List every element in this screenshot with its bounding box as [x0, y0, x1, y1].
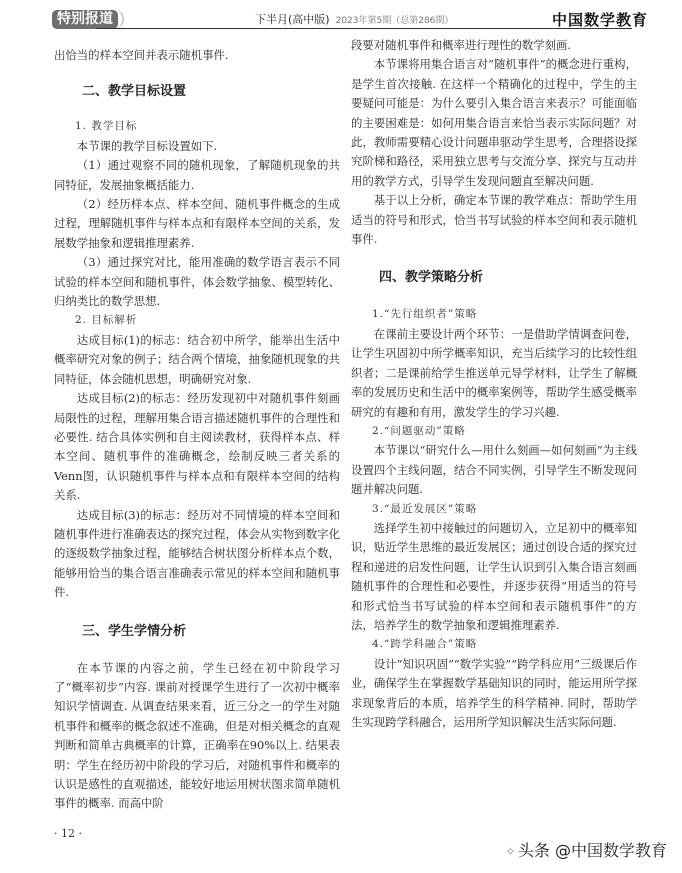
- paragraph: 达成目标(1)的标志：结合初中所学，能举出生活中概率研究对象的例子；结合两个情境…: [54, 331, 340, 389]
- paragraph: 在本节课的内容之前，学生已经在初中阶段学习了“概率初步”内容. 课前对授课学生进…: [54, 659, 340, 814]
- edition-label: 下半月(高中版): [255, 13, 330, 26]
- strategy-title: 1.“先行组织者”策略: [351, 305, 637, 324]
- intro-text: 出恰当的样本空间并表示随机事件.: [54, 46, 340, 65]
- right-column: 段要对随机事件和概率进行理性的数学刻画. 本节课将用集合语言对“随机事件”的概念…: [351, 36, 637, 732]
- left-column: 出恰当的样本空间并表示随机事件. 二、教学目标设置 1. 教学目标 本节课的教学…: [54, 46, 340, 814]
- paragraph: 基于以上分析，确定本节课的教学难点：帮助学生用适当的符号和形式，恰当书写试验的样…: [351, 191, 637, 249]
- section-title-student-analysis: 三、学生学情分析: [54, 623, 340, 641]
- journal-logo: 中国数学教育: [552, 9, 648, 30]
- special-report-badge: 特别报道: [52, 10, 118, 29]
- toutiao-icon: ✧: [505, 845, 516, 860]
- paragraph: 本节课以“研究什么—用什么刻画—如何刻画”为主线设置四个主线问题，结合不同实例，…: [351, 441, 637, 499]
- paragraph: （3）通过探究对比，能用准确的数学语言表示不同试验的样本空间和随机事件，体会数学…: [54, 253, 340, 311]
- paragraph: 在课前主要设计两个环节：一是借助学情调查问卷，让学生巩固初中所学概率知识，充当后…: [351, 325, 637, 422]
- subsection-title-analysis: 2. 目标解析: [54, 311, 340, 330]
- issue-number: 2023年第5期（总第286期）: [336, 16, 454, 26]
- badge-bracket-decoration: [114, 9, 124, 29]
- section-title-strategy: 四、教学策略分析: [351, 269, 637, 287]
- watermark-text: 头条 @中国数学教育: [518, 841, 667, 860]
- paragraph: 本节课将用集合语言对“随机事件”的概念进行重构，是学生首次接触. 在这样一个精确…: [351, 55, 637, 191]
- watermark: ✧头条 @中国数学教育: [505, 838, 667, 861]
- paragraph: 设计“知识巩固”“数学实验”“跨学科应用”三级课后作业，确保学生在掌握数学基础知…: [351, 655, 637, 733]
- paragraph: 本节课的教学目标设置如下.: [54, 137, 340, 156]
- strategy-title: 2.“问题驱动”策略: [351, 422, 637, 441]
- paragraph: 段要对随机事件和概率进行理性的数学刻画.: [351, 36, 637, 55]
- page-header: 特别报道 下半月(高中版)2023年第5期（总第286期） 中国数学教育: [0, 0, 682, 36]
- page-number: · 12 ·: [54, 827, 82, 840]
- issue-info: 下半月(高中版)2023年第5期（总第286期）: [255, 11, 453, 27]
- paragraph: 达成目标(3)的标志：经历对不同情境的样本空间和随机事件进行准确表达的探究过程，…: [54, 506, 340, 603]
- section-title-teaching-goals: 二、教学目标设置: [54, 83, 340, 101]
- subsection-title-goals: 1. 教学目标: [54, 117, 340, 136]
- strategy-title: 3.“最近发展区”策略: [351, 500, 637, 519]
- paragraph: 达成目标(2)的标志：经历发现初中对随机事件刻画局限性的过程，理解用集合语言描述…: [54, 389, 340, 505]
- paragraph: （1）通过观察不同的随机现象，了解随机现象的共同特征，发展抽象概括能力.: [54, 156, 340, 195]
- paragraph: （2）经历样本点、样本空间、随机事件概念的生成过程，理解随机事件与样本点和有限样…: [54, 195, 340, 253]
- strategy-title: 4.“跨学科融合”策略: [351, 635, 637, 654]
- paragraph: 选择学生初中接触过的问题切入，立足初中的概率知识，贴近学生思维的最近发展区；通过…: [351, 519, 637, 635]
